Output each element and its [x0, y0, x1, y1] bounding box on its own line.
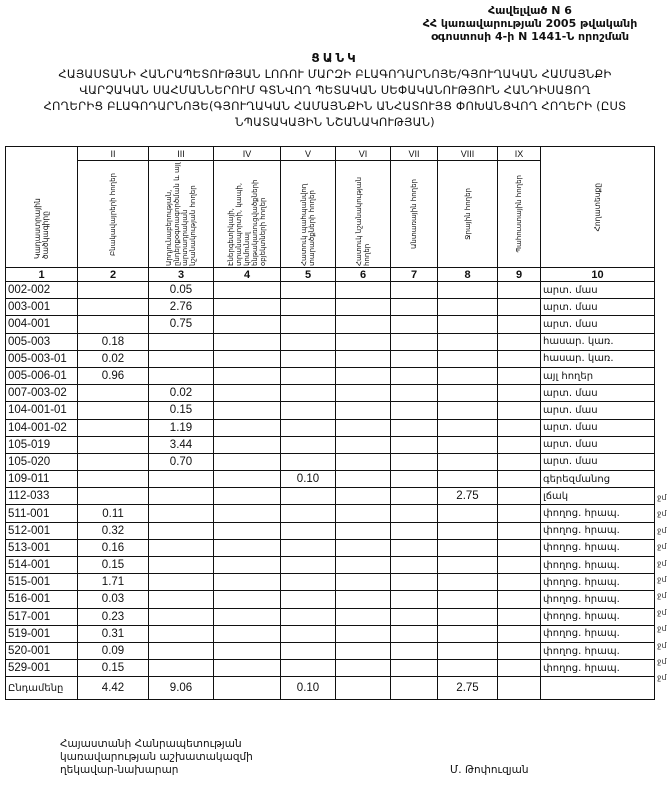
area-cell [498, 591, 541, 608]
column-number: 5 [281, 268, 336, 282]
area-cell [214, 557, 281, 574]
area-cell: 2.75 [438, 677, 498, 700]
table-row: 520-0010.09փողոց. հրապ. [6, 642, 655, 659]
area-cell [498, 316, 541, 333]
area-cell [214, 471, 281, 488]
area-cell [438, 299, 498, 316]
area-cell [391, 522, 438, 539]
land-table: Կադաստրային ծածկագիրը II III IV V VI VII… [5, 146, 655, 700]
land-type-cell: փողոց. հրապ. [541, 660, 655, 677]
header-cell: Հատուկ նշանակության հողեր [336, 161, 391, 268]
margin-fragment: ջմ [657, 654, 670, 670]
area-cell [498, 282, 541, 299]
area-cell [336, 453, 391, 470]
roman-numeral: VI [336, 147, 391, 161]
area-cell [438, 316, 498, 333]
table-row: 529-0010.15փողոց. հրապ. [6, 660, 655, 677]
margin-fragment: ջմ [657, 572, 670, 588]
annex-line: ՀՀ կառավարության 2005 թվականի [395, 17, 665, 30]
area-cell [391, 557, 438, 574]
cadastral-code-cell: 529-001 [6, 660, 78, 677]
area-cell: 0.02 [149, 385, 214, 402]
table-row: 005-003-010.02հասար. կառ. [6, 350, 655, 367]
area-cell [391, 436, 438, 453]
area-cell [336, 419, 391, 436]
area-cell [214, 385, 281, 402]
area-cell [281, 402, 336, 419]
area-cell: 1.71 [78, 574, 149, 591]
area-cell [281, 591, 336, 608]
title-line: ՎԱՐՉԱԿԱՆ ՍԱՀՄԱՆՆԵՐՈՒՄ ԳՏՆՎՈՂ ՊԵՏԱԿԱՆ ՍԵՓ… [0, 82, 670, 98]
area-cell [498, 350, 541, 367]
area-cell [498, 522, 541, 539]
table-row: 105-0200.70արտ. մաս [6, 453, 655, 470]
table-row: 005-006-010.96այլ հողեր [6, 367, 655, 384]
area-cell [149, 574, 214, 591]
cadastral-code-cell: 513-001 [6, 539, 78, 556]
roman-numeral: IV [214, 147, 281, 161]
area-cell: 4.42 [78, 677, 149, 700]
area-cell [498, 333, 541, 350]
margin-fragment: ջմ [657, 506, 670, 522]
header-cell: Հողատեսքը [541, 147, 655, 268]
area-cell [281, 453, 336, 470]
area-cell [214, 608, 281, 625]
area-cell [438, 436, 498, 453]
cadastral-code-cell: 007-003-02 [6, 385, 78, 402]
area-cell [391, 539, 438, 556]
area-cell [214, 350, 281, 367]
area-cell [336, 488, 391, 505]
land-type-cell: լճակ [541, 488, 655, 505]
column-number: 3 [149, 268, 214, 282]
header-cell: Պահուստային հողեր [498, 161, 541, 268]
land-type-cell: հասար. կառ. [541, 333, 655, 350]
column-number: 1 [6, 268, 78, 282]
area-cell [336, 471, 391, 488]
land-type-cell: արտ. մաս [541, 419, 655, 436]
area-cell [336, 316, 391, 333]
area-cell [336, 642, 391, 659]
land-type-cell: փողոց. հրապ. [541, 505, 655, 522]
area-cell: 3.44 [149, 436, 214, 453]
area-cell [498, 539, 541, 556]
area-cell: 0.18 [78, 333, 149, 350]
area-cell [214, 282, 281, 299]
area-cell [391, 471, 438, 488]
area-cell: 0.10 [281, 471, 336, 488]
area-cell [498, 436, 541, 453]
area-cell [336, 660, 391, 677]
land-type-cell: փողոց. հրապ. [541, 522, 655, 539]
land-type-cell: արտ. մաս [541, 316, 655, 333]
land-type-cell: փողոց. հրապ. [541, 557, 655, 574]
cadastral-code-cell: 105-019 [6, 436, 78, 453]
roman-numeral: IX [498, 147, 541, 161]
area-cell [78, 316, 149, 333]
cadastral-code-cell: 104-001-02 [6, 419, 78, 436]
table-row: 105-0193.44արտ. մաս [6, 436, 655, 453]
area-cell [214, 453, 281, 470]
area-cell [498, 608, 541, 625]
area-cell [438, 591, 498, 608]
table-row: 515-0011.71փողոց. հրապ. [6, 574, 655, 591]
area-cell [78, 471, 149, 488]
area-cell [438, 367, 498, 384]
area-cell [281, 625, 336, 642]
area-cell [438, 660, 498, 677]
area-cell [438, 642, 498, 659]
area-cell [438, 350, 498, 367]
area-cell [438, 505, 498, 522]
area-cell [336, 539, 391, 556]
table-row: 519-0010.31փողոց. հրապ. [6, 625, 655, 642]
area-cell [149, 539, 214, 556]
area-cell [214, 333, 281, 350]
area-cell [336, 333, 391, 350]
area-cell [498, 471, 541, 488]
area-cell [438, 625, 498, 642]
area-cell [391, 608, 438, 625]
margin-fragment: ջմ [657, 539, 670, 555]
margin-fragment: ջմ [657, 490, 670, 506]
column-number: 7 [391, 268, 438, 282]
area-cell [391, 625, 438, 642]
area-cell [281, 608, 336, 625]
area-cell [498, 642, 541, 659]
signatory-name: Մ. Թոփուզյան [450, 764, 529, 776]
signatory-line: ղեկավար-նախարար [60, 764, 253, 777]
area-cell [214, 488, 281, 505]
land-type-cell: հասար. կառ. [541, 350, 655, 367]
cadastral-code-cell: 112-033 [6, 488, 78, 505]
header-cell: Արդյունաբերության, ընդերքօգտագործման և ա… [149, 161, 214, 268]
cadastral-code-cell: 005-003 [6, 333, 78, 350]
area-cell [438, 557, 498, 574]
area-cell [438, 539, 498, 556]
area-cell [149, 505, 214, 522]
area-cell [281, 488, 336, 505]
table-row: 112-0332.75լճակ [6, 488, 655, 505]
area-cell [438, 522, 498, 539]
land-type-cell: փողոց. հրապ. [541, 591, 655, 608]
header-cell: Հատուկ պահպանվող տարածքների հողեր [281, 161, 336, 268]
area-cell [336, 677, 391, 700]
header-cell: Էներգետիկայի, տրանսպորտի, կապի, կոմունալ… [214, 161, 281, 268]
area-cell [438, 282, 498, 299]
land-type-cell: արտ. մաս [541, 453, 655, 470]
area-cell: 0.15 [78, 660, 149, 677]
area-cell [149, 642, 214, 659]
area-cell [214, 660, 281, 677]
land-type-cell: այլ հողեր [541, 367, 655, 384]
area-cell: 0.16 [78, 539, 149, 556]
cadastral-code-cell: 105-020 [6, 453, 78, 470]
cadastral-code-cell: Ընդամենը [6, 677, 78, 700]
area-cell [78, 453, 149, 470]
roman-numeral: III [149, 147, 214, 161]
area-cell [336, 436, 391, 453]
area-cell [336, 505, 391, 522]
area-cell: 0.09 [78, 642, 149, 659]
cadastral-code-cell: 002-002 [6, 282, 78, 299]
area-cell [438, 574, 498, 591]
margin-fragment: ջմ [657, 588, 670, 604]
area-cell [498, 677, 541, 700]
area-cell [281, 574, 336, 591]
table-row: 516-0010.03փողոց. հրապ. [6, 591, 655, 608]
area-cell: 0.15 [149, 402, 214, 419]
roman-numeral: II [78, 147, 149, 161]
area-cell [498, 574, 541, 591]
area-cell [78, 282, 149, 299]
area-cell [149, 333, 214, 350]
area-cell [391, 642, 438, 659]
margin-fragment: ջմ [657, 621, 670, 637]
header-cell: Ջրային հողեր [438, 161, 498, 268]
area-cell [149, 471, 214, 488]
area-cell [214, 642, 281, 659]
area-cell [281, 282, 336, 299]
area-cell [391, 419, 438, 436]
area-cell [149, 608, 214, 625]
title-line: ՀԱՅԱՍՏԱՆԻ ՀԱՆՐԱՊԵՏՈՒԹՅԱՆ ԼՈՌՈՒ ՄԱՐԶԻ ԲԼԱ… [0, 66, 670, 82]
cadastral-code-cell: 109-011 [6, 471, 78, 488]
land-type-cell: արտ. մաս [541, 282, 655, 299]
area-cell [498, 299, 541, 316]
roman-numeral: VII [391, 147, 438, 161]
margin-fragment: ջմ [657, 523, 670, 539]
area-cell [498, 557, 541, 574]
area-cell: 0.75 [149, 316, 214, 333]
land-type-cell: փողոց. հրապ. [541, 574, 655, 591]
area-cell [149, 350, 214, 367]
area-cell [391, 574, 438, 591]
area-cell [281, 316, 336, 333]
area-cell: 2.76 [149, 299, 214, 316]
cadastral-code-cell: 005-003-01 [6, 350, 78, 367]
area-cell [281, 660, 336, 677]
cadastral-code-cell: 003-001 [6, 299, 78, 316]
cadastral-code-cell: 515-001 [6, 574, 78, 591]
cadastral-code-cell: 519-001 [6, 625, 78, 642]
margin-fragments: ջմջմջմջմջմջմջմջմջմջմջմջմ [657, 490, 670, 687]
area-cell [214, 539, 281, 556]
area-cell [78, 385, 149, 402]
area-cell [214, 522, 281, 539]
area-cell [391, 385, 438, 402]
land-type-cell: փողոց. հրապ. [541, 625, 655, 642]
cadastral-code-cell: 514-001 [6, 557, 78, 574]
margin-fragment: ջմ [657, 638, 670, 654]
area-cell [391, 453, 438, 470]
area-cell [149, 557, 214, 574]
area-cell: 1.19 [149, 419, 214, 436]
table-row: 514-0010.15փողոց. հրապ. [6, 557, 655, 574]
area-cell [438, 453, 498, 470]
area-cell [281, 522, 336, 539]
area-cell [78, 299, 149, 316]
signatory-line: Հայաստանի Հանրապետության [60, 738, 253, 751]
area-cell [281, 436, 336, 453]
area-cell [498, 402, 541, 419]
area-cell [391, 350, 438, 367]
area-cell [336, 574, 391, 591]
area-cell [438, 333, 498, 350]
area-cell [281, 385, 336, 402]
cadastral-code-cell: 005-006-01 [6, 367, 78, 384]
area-cell: 0.11 [78, 505, 149, 522]
area-cell [336, 591, 391, 608]
header-cell: Կադաստրային ծածկագիրը [6, 147, 78, 268]
table-row: 005-0030.18հասար. կառ. [6, 333, 655, 350]
cadastral-code-cell: 004-001 [6, 316, 78, 333]
area-cell: 9.06 [149, 677, 214, 700]
land-type-cell: արտ. մաս [541, 402, 655, 419]
header-cell: Անտառային հողեր [391, 161, 438, 268]
land-type-cell: արտ. մաս [541, 299, 655, 316]
table-row: 104-001-010.15արտ. մաս [6, 402, 655, 419]
area-cell [281, 299, 336, 316]
area-cell [498, 625, 541, 642]
table-row: 002-0020.05արտ. մաս [6, 282, 655, 299]
area-cell: 0.02 [78, 350, 149, 367]
area-cell [438, 608, 498, 625]
area-cell [281, 642, 336, 659]
area-cell [214, 574, 281, 591]
area-cell [391, 488, 438, 505]
land-type-cell [541, 677, 655, 700]
area-cell [336, 385, 391, 402]
annex-line: Հավելված N 6 [395, 4, 665, 17]
document-title: ՑԱՆԿ ՀԱՅԱՍՏԱՆԻ ՀԱՆՐԱՊԵՏՈՒԹՅԱՆ ԼՈՌՈՒ ՄԱՐԶ… [0, 50, 670, 130]
area-cell: 0.96 [78, 367, 149, 384]
area-cell [498, 367, 541, 384]
area-cell [438, 385, 498, 402]
table-row: 003-0012.76արտ. մաս [6, 299, 655, 316]
table-row: 109-0110.10գերեզմանոց [6, 471, 655, 488]
area-cell: 0.05 [149, 282, 214, 299]
area-cell [336, 282, 391, 299]
area-cell [281, 333, 336, 350]
table-row: 104-001-021.19արտ. մաս [6, 419, 655, 436]
cadastral-code-cell: 517-001 [6, 608, 78, 625]
area-cell: 0.70 [149, 453, 214, 470]
area-cell [498, 488, 541, 505]
margin-fragment: ջմ [657, 670, 670, 686]
land-type-cell: արտ. մաս [541, 385, 655, 402]
area-cell: 0.10 [281, 677, 336, 700]
area-cell [149, 625, 214, 642]
table-row: 517-0010.23փողոց. հրապ. [6, 608, 655, 625]
header-cell: Բնակավայրերի հողեր [78, 161, 149, 268]
area-cell [391, 660, 438, 677]
table-row: 513-0010.16փողոց. հրապ. [6, 539, 655, 556]
signatory-position: Հայաստանի Հանրապետության կառավարության ա… [60, 738, 253, 777]
area-cell: 0.31 [78, 625, 149, 642]
land-type-cell: արտ. մաս [541, 436, 655, 453]
cadastral-code-cell: 516-001 [6, 591, 78, 608]
annex-line: օգոստոսի 4-ի N 1441-Ն որոշման [395, 30, 665, 43]
land-type-cell: փողոց. հրապ. [541, 608, 655, 625]
area-cell [281, 367, 336, 384]
area-cell [498, 660, 541, 677]
area-cell [498, 385, 541, 402]
area-cell: 0.32 [78, 522, 149, 539]
area-cell [78, 436, 149, 453]
title-line: ՆՊԱՏԱԿԱՅԻՆ ՆՇԱՆԱԿՈՒԹՅԱՆ) [0, 114, 670, 130]
area-cell [438, 471, 498, 488]
area-cell [149, 591, 214, 608]
column-number: 4 [214, 268, 281, 282]
column-number: 8 [438, 268, 498, 282]
title-line: ՀՈՂԵՐԻՑ ԲԼԱԳՈԴԱՐՆՈՅԵ(ԳՅՈՒՂԱԿԱՆ ՀԱՄԱՅՆՔԻՆ… [0, 98, 670, 114]
area-cell: 0.23 [78, 608, 149, 625]
area-cell [78, 488, 149, 505]
area-cell [214, 625, 281, 642]
area-cell [214, 419, 281, 436]
roman-numeral: VIII [438, 147, 498, 161]
area-cell [281, 557, 336, 574]
margin-fragment: ջմ [657, 556, 670, 572]
land-type-cell: գերեզմանոց [541, 471, 655, 488]
total-row: Ընդամենը4.429.060.102.75 [6, 677, 655, 700]
land-type-cell: փողոց. հրապ. [541, 642, 655, 659]
area-cell [78, 402, 149, 419]
area-cell [336, 625, 391, 642]
area-cell [336, 350, 391, 367]
area-cell [336, 402, 391, 419]
area-cell [391, 505, 438, 522]
annex-reference: Հավելված N 6 ՀՀ կառավարության 2005 թվակա… [395, 4, 665, 43]
area-cell [391, 316, 438, 333]
area-cell: 2.75 [438, 488, 498, 505]
area-cell: 0.03 [78, 591, 149, 608]
area-cell [336, 608, 391, 625]
area-cell [391, 299, 438, 316]
area-cell [498, 505, 541, 522]
area-cell [498, 453, 541, 470]
roman-header-row: Կադաստրային ծածկագիրը II III IV V VI VII… [6, 147, 655, 161]
area-cell [214, 316, 281, 333]
cadastral-code-cell: 520-001 [6, 642, 78, 659]
area-cell [149, 522, 214, 539]
area-cell [149, 367, 214, 384]
area-cell [498, 419, 541, 436]
area-cell: 0.15 [78, 557, 149, 574]
area-cell [391, 402, 438, 419]
column-number: 9 [498, 268, 541, 282]
roman-numeral: V [281, 147, 336, 161]
area-cell [149, 488, 214, 505]
area-cell [214, 505, 281, 522]
column-number: 6 [336, 268, 391, 282]
table-row: 004-0010.75արտ. մաս [6, 316, 655, 333]
table-row: 007-003-020.02արտ. մաս [6, 385, 655, 402]
area-cell [438, 402, 498, 419]
area-cell [214, 436, 281, 453]
area-cell [391, 677, 438, 700]
table-row: 511-0010.11փողոց. հրապ. [6, 505, 655, 522]
cadastral-code-cell: 511-001 [6, 505, 78, 522]
area-cell [281, 419, 336, 436]
area-cell [336, 367, 391, 384]
land-type-cell: փողոց. հրապ. [541, 539, 655, 556]
area-cell [214, 402, 281, 419]
area-cell [336, 299, 391, 316]
cadastral-code-cell: 104-001-01 [6, 402, 78, 419]
column-number-row: 1 2 3 4 5 6 7 8 9 10 [6, 268, 655, 282]
